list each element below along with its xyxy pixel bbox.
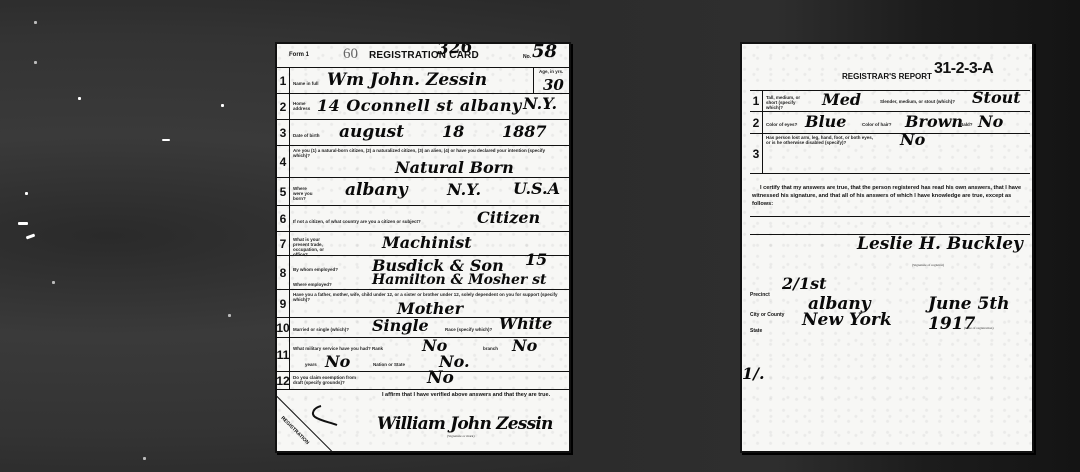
precinct-value: 2/1st — [782, 274, 827, 293]
form-label: Form 1 — [289, 52, 309, 58]
foreign-citizen-value: Citizen — [477, 208, 540, 227]
scan-speck — [143, 457, 146, 460]
registration-card-back: REGISTRAR'S REPORT 31-2-3-A 1 Tall, medi… — [740, 42, 1034, 453]
field-number: 2 — [750, 112, 763, 133]
field-row-foreign-citizen: 6 If not a citizen, of what country are … — [277, 206, 569, 232]
serial-label: No. — [523, 54, 531, 60]
address-value: 14 Oconnell st albany — [317, 96, 522, 115]
corner-label: REGISTRATION — [279, 416, 311, 448]
field-label: Home address — [293, 102, 309, 112]
field-label: Color of hair? — [862, 123, 892, 128]
field-label: Do you claim exemption from draft (speci… — [293, 376, 363, 386]
registration-card-front: Form 1 60 REGISTRATION CARD 326 No. 58 1… — [275, 42, 571, 453]
address-state-value: N.Y. — [523, 94, 557, 113]
race-label: Race (specify which)? — [445, 328, 492, 333]
field-row-employer: 8 By whom employed? Busdick & Son 15 Whe… — [277, 256, 569, 290]
divider-line — [750, 216, 1030, 217]
branch-label: branch — [483, 347, 498, 352]
state-value: New York — [802, 310, 892, 330]
field-label: By whom employed? — [293, 268, 338, 273]
field-number: 3 — [750, 134, 763, 173]
card-header: Form 1 60 REGISTRATION CARD 326 No. 58 — [277, 44, 569, 68]
report-code: 31-2-3-A — [934, 60, 993, 78]
field-row-name: 1 Name in full Wm John. Zessin Age, in y… — [277, 68, 569, 94]
age-label: Age, in yrs. — [539, 70, 563, 75]
field-number: 8 — [277, 256, 290, 289]
birth-state-value: N.Y. — [447, 180, 481, 199]
field-number: 7 — [277, 232, 290, 255]
report-title: REGISTRAR'S REPORT — [842, 72, 932, 81]
years-value: No — [325, 352, 350, 371]
field-number: 1 — [277, 68, 290, 93]
birth-town-value: albany — [345, 180, 408, 200]
field-row-citizenship: 4 Are you (1) a natural-born citizen, (2… — [277, 146, 569, 178]
registrar-signature: Leslie H. Buckley — [857, 234, 1023, 254]
date-caption: (Date of registration) — [964, 326, 994, 330]
signature-caption: (Signature or mark) — [447, 434, 475, 438]
citizenship-value: Natural Born — [395, 158, 514, 177]
scan-speck — [34, 61, 37, 64]
field-row-exemption: 12 Do you claim exemption from draft (sp… — [277, 372, 569, 390]
field-number: 10 — [277, 318, 290, 337]
race-value: White — [499, 314, 552, 333]
bald-value: No — [978, 112, 1003, 131]
margin-note: 15 — [525, 250, 547, 269]
registrar-caption: (Signature of registrar) — [912, 263, 944, 267]
field-label: Date of birth — [293, 134, 320, 139]
field-number: 12 — [277, 372, 290, 389]
stamp-number: 60 — [343, 46, 358, 63]
registrant-signature: William John Zessin — [377, 414, 553, 434]
scan-speck — [78, 97, 81, 100]
handwritten-card-number: 326 — [436, 42, 473, 59]
scan-speck — [25, 192, 28, 195]
field-row-marital: 10 Married or single (which)? Single Rac… — [277, 318, 569, 338]
occupation-value: Machinist — [382, 233, 472, 252]
field-row-birthdate: 3 Date of birth august 18 1887 — [277, 120, 569, 146]
scan-speck — [18, 222, 28, 225]
field-label: Tall, medium, or short (specify which)? — [766, 96, 811, 111]
scan-speck — [52, 281, 55, 284]
scan-speck — [34, 21, 37, 24]
field-number: 2 — [277, 94, 290, 119]
field-label: Slender, medium, or stout (which)? — [880, 100, 970, 105]
field-number: 3 — [277, 120, 290, 145]
build-value: Stout — [972, 88, 1021, 107]
report-row-eyes-hair: 2 Color of eyes? Blue Color of hair? Bro… — [750, 112, 1030, 134]
hair-color-value: Brown — [905, 112, 963, 131]
field-label: Where employed? — [293, 283, 332, 288]
field-number: 9 — [277, 290, 290, 317]
field-row-address: 2 Home address 14 Oconnell st albany N.Y… — [277, 94, 569, 120]
scan-speck — [228, 314, 231, 317]
name-value: Wm John. Zessin — [327, 70, 487, 90]
certification-text: I certify that my answers are true, that… — [752, 184, 1030, 208]
field-number: 11 — [277, 338, 290, 371]
field-label: Has person lost arm, leg, hand, foot, or… — [766, 136, 876, 146]
field-label: Where were you born? — [293, 187, 315, 202]
report-row-build: 1 Tall, medium, or short (specify which)… — [750, 90, 1030, 112]
birth-nation-value: U.S.A — [513, 179, 560, 198]
eye-color-value: Blue — [805, 112, 846, 131]
branch-value: No — [512, 336, 537, 355]
field-label: Married or single (which)? — [293, 328, 349, 333]
field-label: Name in full — [293, 82, 329, 87]
height-value: Med — [822, 90, 861, 109]
checkmark-icon — [309, 404, 339, 426]
birth-year-value: 1887 — [502, 122, 547, 141]
employer-location-value: Hamilton & Mosher st — [372, 272, 547, 288]
precinct-label: Precinct — [750, 292, 770, 298]
serial-number: 58 — [532, 42, 557, 62]
birth-month-value: august — [339, 122, 404, 142]
field-label: What is your present trade, occupation, … — [293, 238, 333, 258]
field-number: 5 — [277, 178, 290, 205]
nation-label: Nation or State — [373, 363, 405, 368]
field-label: Color of eyes? — [766, 123, 797, 128]
years-label: years — [305, 363, 317, 368]
scan-speck — [26, 234, 35, 240]
birth-day-value: 18 — [442, 122, 464, 141]
disability-value: No — [900, 130, 925, 149]
field-number: 6 — [277, 206, 290, 231]
field-row-birthplace: 5 Where were you born? albany N.Y. U.S.A — [277, 178, 569, 206]
city-label: City or County — [750, 312, 784, 318]
field-label: Bald? — [960, 123, 973, 128]
marital-value: Single — [372, 316, 429, 335]
state-label: State — [750, 328, 762, 334]
margin-mark: 1/. — [742, 364, 765, 383]
age-value: 30 — [543, 76, 564, 94]
field-label: If not a citizen, of what country are yo… — [293, 220, 463, 225]
affirmation-text: I affirm that I have verified above answ… — [382, 392, 550, 398]
scan-speck — [221, 104, 224, 107]
column-divider — [533, 68, 534, 94]
report-row-disability: 3 Has person lost arm, leg, hand, foot, … — [750, 134, 1030, 174]
exemption-value: No — [427, 368, 454, 388]
scan-speck — [162, 139, 170, 141]
field-number: 1 — [750, 90, 763, 111]
field-row-military: 11 What military service have you had? R… — [277, 338, 569, 372]
field-number: 4 — [277, 146, 290, 177]
